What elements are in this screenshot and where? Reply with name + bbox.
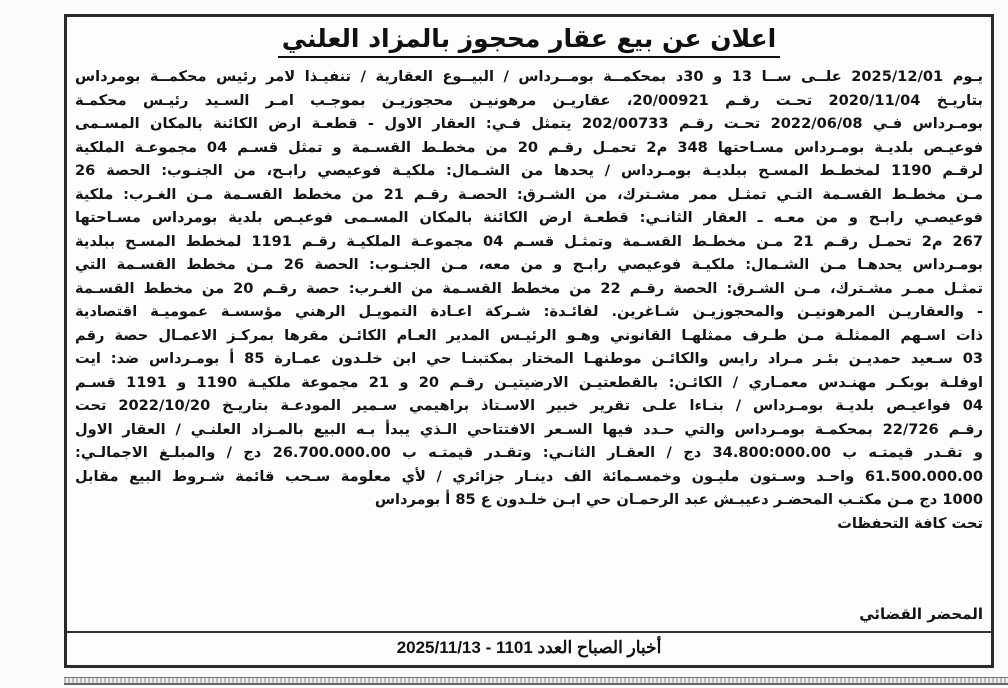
- auction-notice-box: اعلان عن بيع عقار محجوز بالمزاد العلني ي…: [64, 14, 994, 668]
- body-line: لرقـم 1190 لمخطـط المسـح ببلديـة بومـردا…: [75, 159, 983, 183]
- body-line: رقـم 22/726 بمحكمـة بومـرداس والتي حـدد …: [75, 418, 983, 442]
- body-line: بومـرداس يحدهـا مـن الشـمال: ملكيـة فوعي…: [75, 253, 983, 277]
- body-line: 1000 دج مـن مكتـب المحضـر دعيبـش عبد الر…: [75, 488, 983, 512]
- body-line: و تقـدر قيمتـه ب 34.800:000.00 دج / العق…: [75, 441, 983, 465]
- body-line: 267 م2 تحمـل رقـم 21 مـن مخطـط القسـمة و…: [75, 230, 983, 254]
- body-line: تمثـل ممـر مشـترك، مـن الشـرق: الحصة رقـ…: [75, 277, 983, 301]
- body-line: بومـرداس فـي 2022/06/08 تحـت رقـم 202/00…: [75, 112, 983, 136]
- page-bottom-rule: [64, 677, 1008, 685]
- bailiff-signature: المحضر القضائي: [859, 605, 983, 623]
- notice-body: يـوم 2025/12/01 علــى ســا 13 و 30د بمحك…: [75, 65, 983, 535]
- body-line: - والعقاريـن المرهونيـن والمحجوزيـن شـاغ…: [75, 300, 983, 324]
- publication-info: أخبار الصباح العدد 1101 - 2025/11/13: [397, 638, 662, 657]
- body-line: ذات اسـهم الممثلـة مـن طـرف ممثلهـا القا…: [75, 324, 983, 348]
- body-line: اوفلـة بوبكـر مهنـدس معمـاري / الكائـن: …: [75, 371, 983, 395]
- notice-title: اعلان عن بيع عقار محجوز بالمزاد العلني: [67, 23, 991, 58]
- body-line: فوعيصـي رابـح و من معـه ـ العقار الثانـي…: [75, 206, 983, 230]
- body-line: 04 فواعيـص بلديـة بومـرداس / بنـاءا علـى…: [75, 394, 983, 418]
- notice-title-text: اعلان عن بيع عقار محجوز بالمزاد العلني: [278, 23, 781, 58]
- publication-footer: أخبار الصباح العدد 1101 - 2025/11/13: [67, 638, 991, 658]
- reservations-line: تحت كافة التحفظات: [75, 512, 983, 536]
- body-line: بتاريـخ 2020/11/04 تحـت رقـم 20/00921، ع…: [75, 89, 983, 113]
- body-line: 61.500.000.00 واحـد وسـتون مليـون وخمسـم…: [75, 465, 983, 489]
- footer-divider: [67, 631, 991, 633]
- body-line: يـوم 2025/12/01 علــى ســا 13 و 30د بمحك…: [75, 65, 983, 89]
- body-line: فوعيـص بلديـة بومـرداس مسـاحتها 348 م2 ت…: [75, 136, 983, 160]
- body-line: 03 سـعيد حمديـن بئـر مـراد رايس والكائـن…: [75, 347, 983, 371]
- body-line: مـن مخطـط القسـمة التـي تمثـل ممر مشـترك…: [75, 183, 983, 207]
